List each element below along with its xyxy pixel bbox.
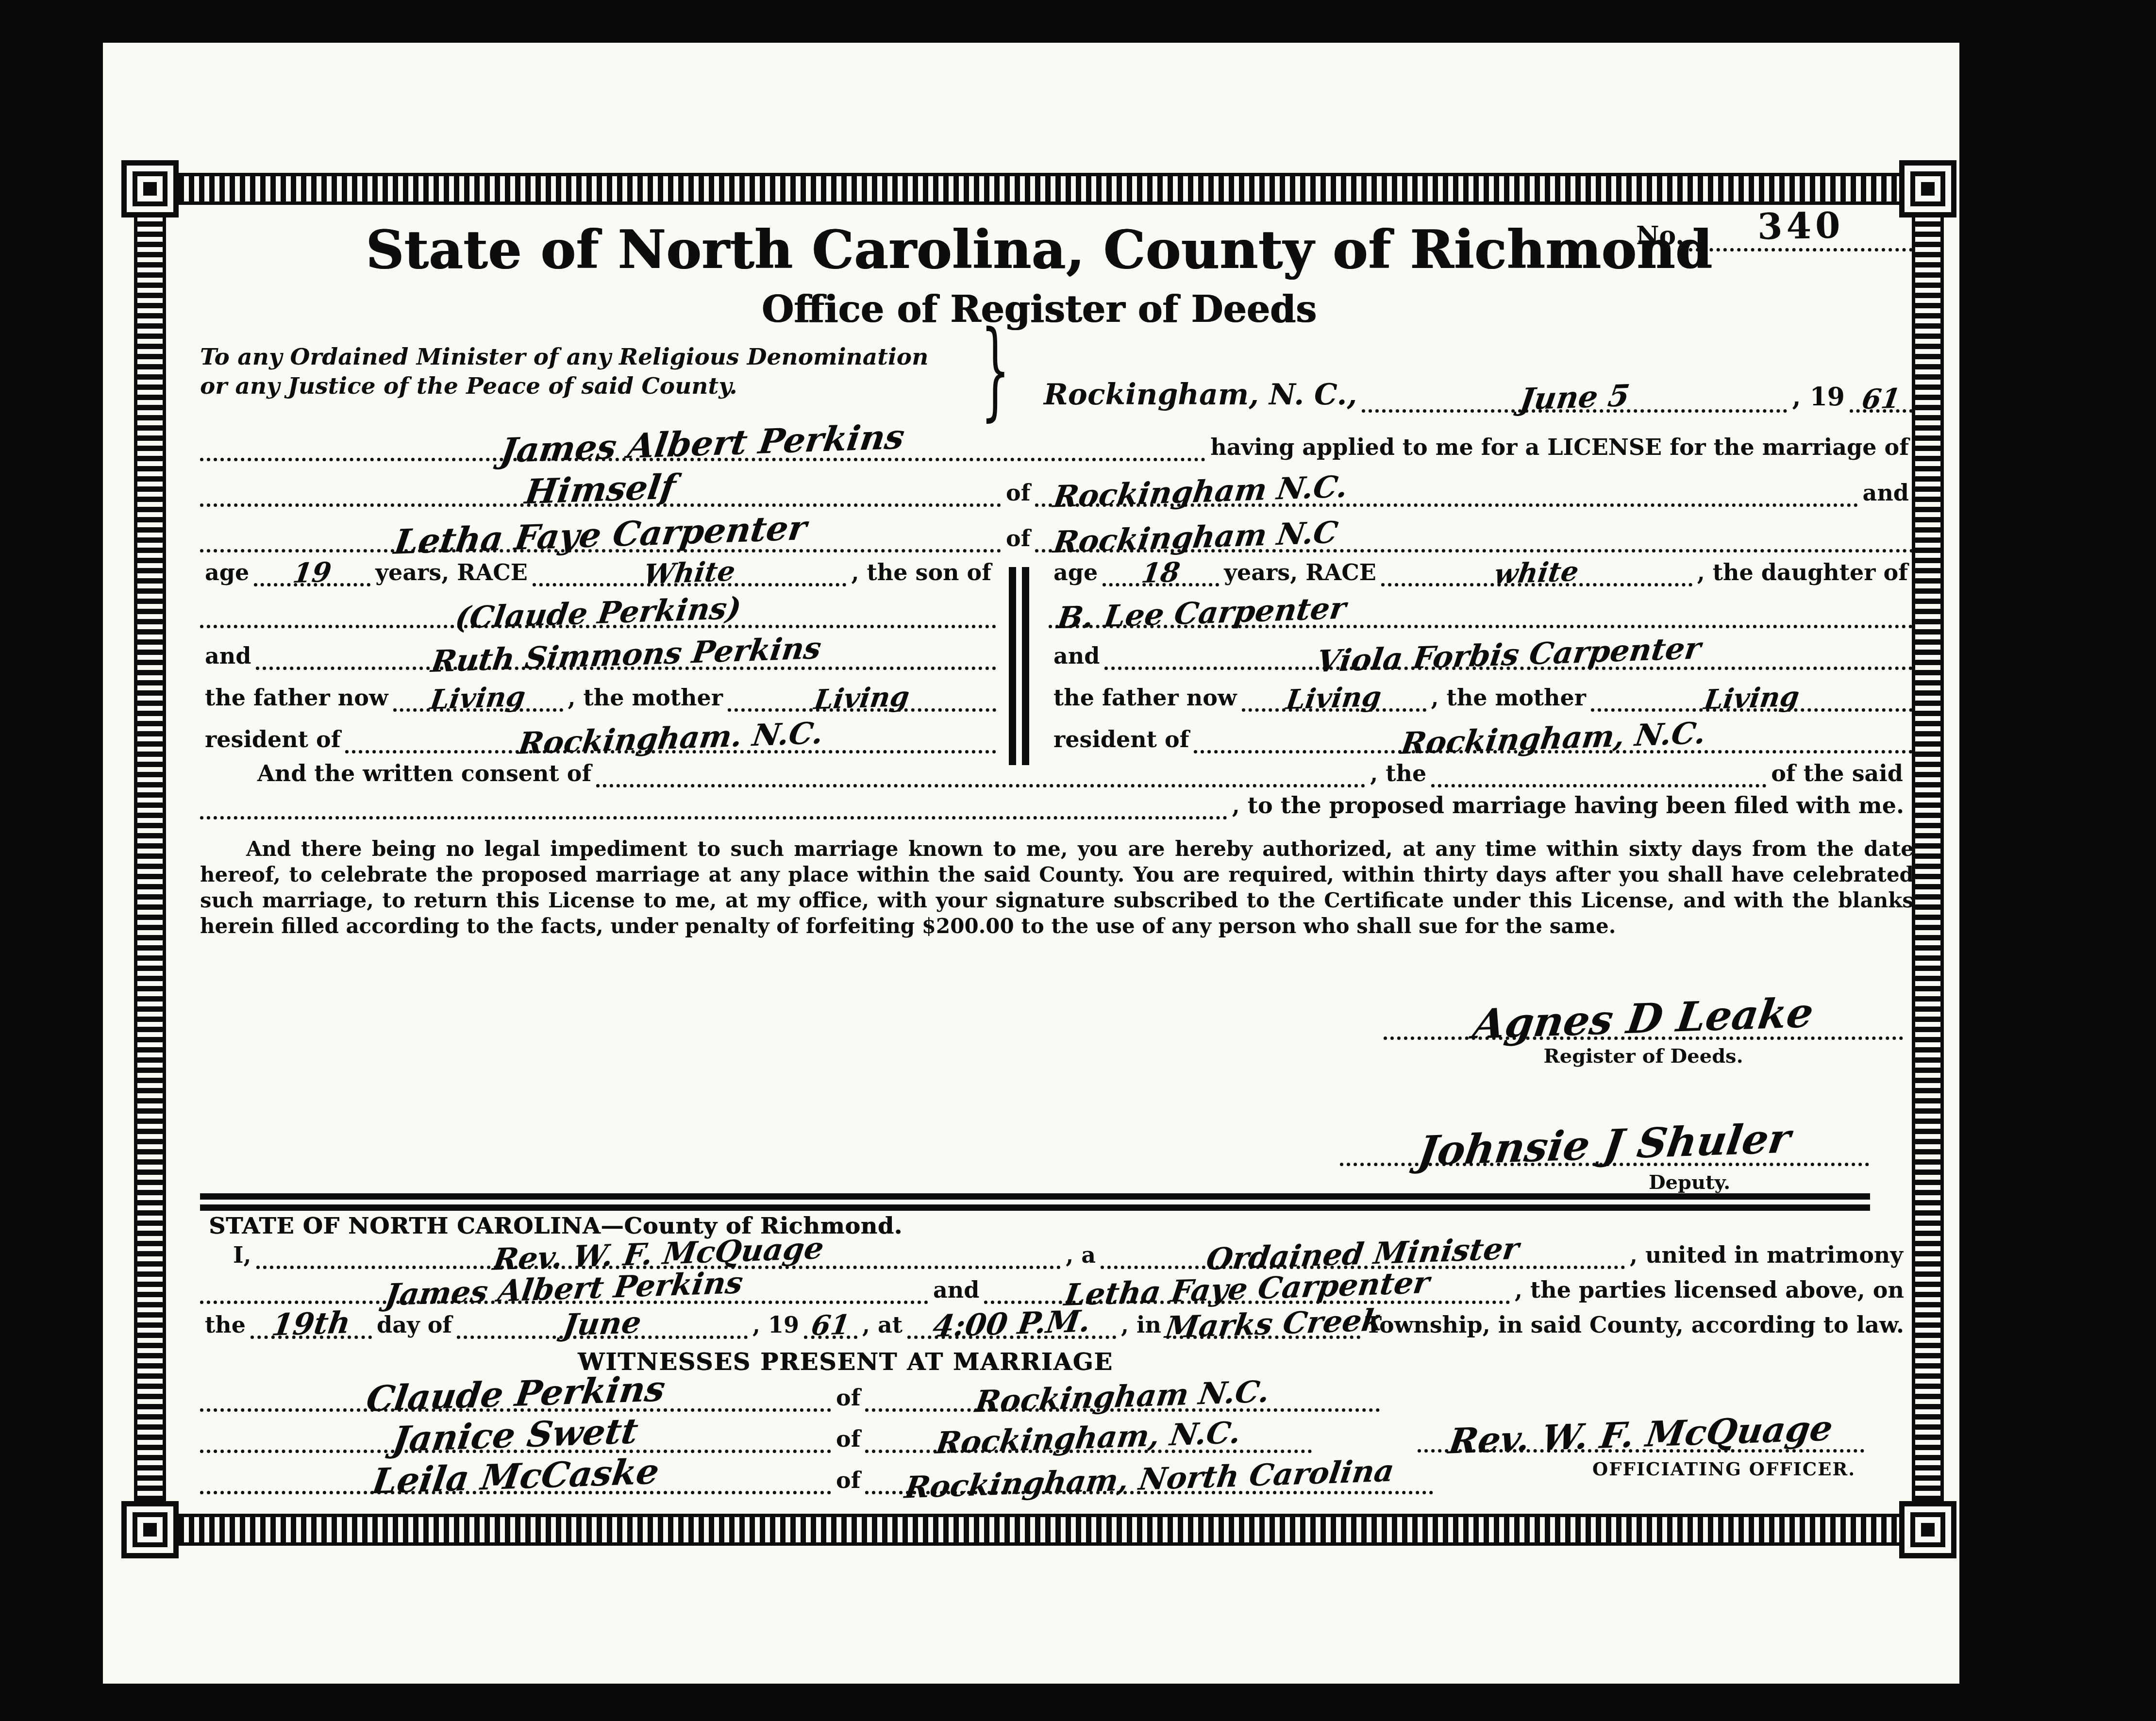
of-label: of <box>1001 525 1035 552</box>
groom-race: White <box>642 555 737 590</box>
frame-corner-top-left <box>121 160 179 217</box>
of-label: of <box>831 1426 865 1453</box>
filed-label: , to the proposed marriage having been f… <box>1227 792 1909 819</box>
and-label: and <box>1049 643 1104 670</box>
frame-bottom <box>179 1514 1899 1546</box>
consent-filed-blank <box>200 816 1227 819</box>
groom-row: Himself of Rockingham N.C. and <box>200 472 1914 507</box>
bride-row: Letha Faye Carpenter of Rockingham N.C <box>200 518 1914 552</box>
bride-mother-blank: Viola Forbis Carpenter <box>1104 667 1913 670</box>
witness3-name-blank: Leila McCaske <box>200 1491 831 1494</box>
deputy-signature: Johnsie J Shuler <box>1415 1114 1793 1175</box>
year-blank: 61 <box>1850 409 1913 413</box>
register-signature-blank: Agnes D Leake <box>1384 1036 1903 1040</box>
groom-mother-row: and Ruth Simmons Perkins <box>200 640 996 670</box>
bride-race: white <box>1492 555 1581 590</box>
consent-relation-blank <box>1431 784 1766 787</box>
bride-residence2-blank: Rockingham, N.C. <box>1194 750 1913 753</box>
groom-residence: Rockingham N.C. <box>1052 469 1351 515</box>
page-title: State of North Carolina, County of Richm… <box>121 219 1956 281</box>
officiant-row: I, Rev. W. F. McQuage , a Ordained Minis… <box>228 1235 1908 1269</box>
register-of-deeds-label: Register of Deeds. <box>1384 1045 1903 1068</box>
year-value: 61 <box>1860 383 1903 416</box>
day-value: 19th <box>269 1304 352 1343</box>
date-blank: June 5 <box>1362 409 1787 413</box>
bride-race-blank: white <box>1381 583 1692 586</box>
consent-row: And the written consent of , the of the … <box>252 755 1908 787</box>
groom-age: 19 <box>291 556 334 590</box>
date-value: June 5 <box>1518 378 1632 417</box>
witness3-name: Leila McCaske <box>369 1451 662 1502</box>
deputy-signature-blank: Johnsie J Shuler <box>1340 1163 1869 1166</box>
father-now-label: the father now <box>200 685 393 712</box>
consent-filed-row: , to the proposed marriage having been f… <box>200 788 1909 819</box>
bride-residence-blank: Rockingham N.C <box>1035 549 1914 552</box>
township-label: Township, in said County, according to l… <box>1360 1312 1909 1339</box>
bride-residence2: Rockingham, N.C. <box>1399 715 1708 761</box>
bride-age-row: age 18 years, RACE white , the daughter … <box>1049 556 1913 586</box>
deputy-signature-row: Johnsie J Shuler <box>1340 1112 1869 1166</box>
groom-father-row: (Claude Perkins) <box>200 598 996 628</box>
scan-margin-right <box>1959 0 2156 1721</box>
son-of-label: , the son of <box>846 559 996 586</box>
consent-of-said-label: of the said <box>1766 760 1908 787</box>
bride-mother-status-blank: Living <box>1591 708 1913 712</box>
bride-name-blank: Letha Faye Carpenter <box>200 549 1001 552</box>
in-label: , in <box>1116 1312 1166 1339</box>
scanned-marriage-license: { "labels": { "of": "of", "and": "and", … <box>0 0 2156 1721</box>
mother-label: , the mother <box>563 685 728 712</box>
at-label: , at <box>857 1312 907 1339</box>
age-label: age <box>1049 559 1103 586</box>
witness2-residence: Rockingham, N.C. <box>934 1415 1243 1461</box>
township-value: Marks Creek <box>1163 1302 1386 1345</box>
place-date-row: Rockingham, N. C., June 5 , 19 61 <box>1039 360 1913 413</box>
and-label: and <box>200 643 256 670</box>
groom-father-blank: (Claude Perkins) <box>200 625 996 628</box>
groom-age-blank: 19 <box>254 583 370 586</box>
united-label: , united in matrimony <box>1625 1242 1908 1269</box>
groom-father-status: Living <box>428 681 528 716</box>
register-signature: Agnes D Leake <box>1470 988 1816 1048</box>
groom-residence-blank: Rockingham N.C. <box>1035 503 1857 507</box>
cert-year-prefix: , 19 <box>748 1312 804 1339</box>
resident-of-label: resident of <box>1049 726 1194 753</box>
bride-parent-status-row: the father now Living , the mother Livin… <box>1049 682 1913 712</box>
day-blank: 19th <box>251 1336 372 1339</box>
of-label: of <box>831 1467 865 1494</box>
groom-residence2-blank: Rockingham. N.C. <box>345 750 996 753</box>
and-label: and <box>1858 480 1914 507</box>
addressee-line2: or any Justice of the Peace of said Coun… <box>200 372 928 401</box>
bride-father-row: B. Lee Carpenter <box>1049 598 1913 628</box>
frame-left <box>134 217 166 1501</box>
year-prefix: , 19 <box>1787 382 1850 413</box>
years-race-label: years, RACE <box>370 559 533 586</box>
bride-mother-status: Living <box>1702 681 1802 716</box>
time-value: 4:00 P.M. <box>931 1303 1093 1344</box>
month-blank: June <box>457 1336 748 1339</box>
month-value: June <box>561 1304 643 1343</box>
groom-residence2: Rockingham. N.C. <box>516 715 826 761</box>
cert-year-value: 61 <box>809 1309 852 1342</box>
applied-text: having applied to me for a LICENSE for t… <box>1205 434 1914 461</box>
bride-father-blank: B. Lee Carpenter <box>1049 625 1913 628</box>
of-label: of <box>1001 480 1035 507</box>
bride-name: Letha Faye Carpenter <box>392 507 809 562</box>
officiating-officer-label: OFFICIATING OFFICER. <box>1592 1458 1855 1480</box>
witness1-residence: Rockingham N.C. <box>973 1374 1272 1420</box>
the-label: the <box>200 1312 251 1339</box>
bride-father-status-blank: Living <box>1242 708 1426 712</box>
frame-top <box>179 173 1899 205</box>
groom-parent-status-row: the father now Living , the mother Livin… <box>200 682 996 712</box>
groom-name: Himself <box>523 467 679 512</box>
cert-bride-blank: Letha Faye Carpenter <box>984 1301 1510 1304</box>
ceremony-date-row: the 19th day of June , 19 61 , at 4:00 P… <box>200 1305 1909 1339</box>
witness1-name-blank: Claude Perkins <box>200 1408 831 1412</box>
witness-row-1: Claude Perkins of Rockingham N.C. <box>200 1376 1380 1412</box>
bride-mother-row: and Viola Forbis Carpenter <box>1049 640 1913 670</box>
mother-label: , the mother <box>1426 685 1591 712</box>
deputy-label: Deputy. <box>1544 1171 1835 1194</box>
and-label: and <box>928 1277 984 1304</box>
bride-mother-name: Viola Forbis Carpenter <box>1314 630 1703 679</box>
witness-row-2: Janice Swett of Rockingham, N.C. <box>200 1417 1312 1453</box>
applicant-blank: James Albert Perkins <box>200 458 1205 461</box>
frame-right <box>1912 217 1944 1501</box>
groom-father-name: (Claude Perkins) <box>453 590 743 635</box>
scan-margin-bottom <box>0 1684 2156 1721</box>
years-race-label: years, RACE <box>1219 559 1381 586</box>
frame-corner-bottom-right <box>1899 1501 1956 1558</box>
bride-father-status: Living <box>1284 681 1384 716</box>
groom-name-blank: Himself <box>200 503 1001 507</box>
officiating-signature-blank: Rev. W. F. McQuage <box>1418 1449 1864 1453</box>
scan-margin-top <box>0 0 2156 43</box>
section-divider-rule <box>200 1193 1870 1211</box>
groom-mother-status: Living <box>812 681 912 716</box>
bride-residence: Rockingham N.C <box>1052 515 1340 560</box>
parties-label: , the parties licensed above, on <box>1510 1277 1909 1304</box>
officiating-signature: Rev. W. F. McQuage <box>1446 1407 1836 1461</box>
bride-age-blank: 18 <box>1103 583 1219 586</box>
parties-row: James Albert Perkins and Letha Faye Carp… <box>200 1270 1909 1304</box>
witness2-residence-blank: Rockingham, N.C. <box>865 1450 1312 1453</box>
a-label: , a <box>1061 1242 1101 1269</box>
authorization-paragraph: And there being no legal impediment to s… <box>200 836 1914 939</box>
brace-glyph: } <box>981 309 1010 432</box>
i-label: I, <box>228 1242 256 1269</box>
bride-resident-row: resident of Rockingham, N.C. <box>1049 723 1913 753</box>
witness2-name-blank: Janice Swett <box>200 1450 831 1453</box>
father-now-label: the father now <box>1049 685 1242 712</box>
page-subtitle: Office of Register of Deeds <box>121 287 1956 331</box>
addressee-line1: To any Ordained Minister of any Religiou… <box>200 343 928 372</box>
groom-mother-status-blank: Living <box>728 708 996 712</box>
groom-age-row: age 19 years, RACE White , the son of <box>200 556 996 586</box>
addressee-block: To any Ordained Minister of any Religiou… <box>200 343 928 401</box>
column-divider <box>1009 567 1029 765</box>
witness3-residence-blank: Rockingham, North Carolina <box>865 1491 1433 1494</box>
groom-resident-row: resident of Rockingham. N.C. <box>200 723 996 753</box>
consent-name-blank <box>596 784 1365 787</box>
place-label: Rockingham, N. C., <box>1039 378 1362 413</box>
of-label: of <box>831 1385 865 1412</box>
consent-label: And the written consent of <box>252 760 596 787</box>
register-signature-row: Agnes D Leake <box>1384 986 1903 1040</box>
consent-the-label: , the <box>1365 760 1431 787</box>
groom-mother-name: Ruth Simmons Perkins <box>429 630 823 679</box>
scan-margin-left <box>0 0 103 1721</box>
daughter-of-label: , the daughter of <box>1692 559 1913 586</box>
bride-age: 18 <box>1139 556 1182 590</box>
bride-father-name: B. Lee Carpenter <box>1055 590 1348 636</box>
day-of-label: day of <box>372 1312 457 1339</box>
township-blank: Marks Creek <box>1166 1336 1360 1339</box>
groom-race-blank: White <box>533 583 847 586</box>
age-label: age <box>200 559 254 586</box>
applicant-name: James Albert Perkins <box>498 417 907 471</box>
officiating-signature-row: Rev. W. F. McQuage <box>1418 1399 1864 1453</box>
witness1-residence-blank: Rockingham N.C. <box>865 1408 1380 1412</box>
witness-row-3: Leila McCaske of Rockingham, North Carol… <box>200 1458 1433 1494</box>
time-blank: 4:00 P.M. <box>907 1336 1116 1339</box>
frame-corner-bottom-left <box>121 1501 179 1558</box>
cert-groom-blank: James Albert Perkins <box>200 1301 928 1304</box>
groom-mother-blank: Ruth Simmons Perkins <box>256 667 996 670</box>
applicant-row: James Albert Perkins having applied to m… <box>200 426 1914 461</box>
groom-father-status-blank: Living <box>393 708 563 712</box>
resident-of-label: resident of <box>200 726 345 753</box>
cert-year-blank: 61 <box>804 1336 857 1339</box>
